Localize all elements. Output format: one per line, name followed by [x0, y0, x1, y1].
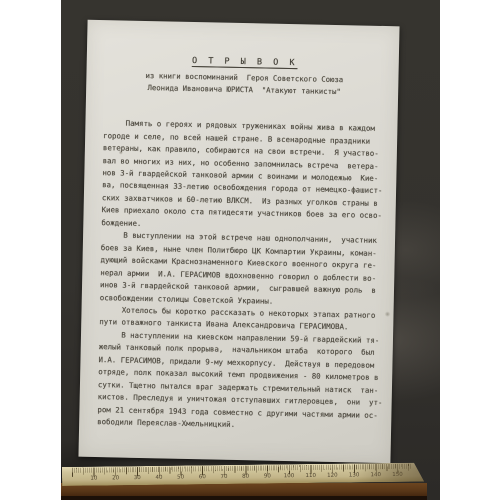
- ruler-number: 40: [148, 475, 170, 481]
- ruler-number: 100: [278, 473, 300, 479]
- document-title: О Т Р Ы В О К: [105, 54, 385, 70]
- photo-dark-mat-background: О Т Р Ы В О К из книги воспоминаний Геро…: [61, 0, 440, 500]
- ruler-number: 50: [170, 474, 192, 480]
- ruler-number: 70: [213, 474, 235, 480]
- ruler-number: 60: [191, 474, 213, 480]
- table-edge-shadow: [61, 496, 427, 500]
- ruler-number: 120: [322, 473, 344, 479]
- scanned-photo-page: О Т Р Ы В О К из книги воспоминаний Геро…: [0, 0, 500, 500]
- document-title-text: О Т Р Ы В О К: [192, 56, 298, 68]
- document-body: Память о героях и рядовых тружениках вой…: [97, 117, 383, 434]
- ruler-number: 90: [256, 473, 278, 479]
- document-subtitle: из книги воспоминаний Героя Советского С…: [104, 69, 384, 98]
- ruler-number: 80: [235, 474, 257, 480]
- typewritten-document-paper: О Т Р Ы В О К из книги воспоминаний Геро…: [78, 20, 399, 463]
- ruler-number: 10: [83, 475, 105, 481]
- ruler-number: 30: [126, 475, 148, 481]
- ruler-number: 20: [105, 475, 127, 481]
- document-text: О Т Р Ы В О К из книги воспоминаний Геро…: [79, 20, 399, 435]
- ruler-worn-end: [354, 463, 424, 483]
- ruler-number: 110: [300, 473, 322, 479]
